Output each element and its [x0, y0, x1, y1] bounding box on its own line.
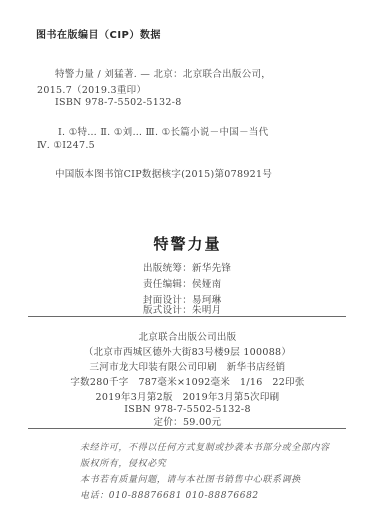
divider-bottom	[28, 428, 346, 429]
notice-quality-issues: 本书若有质量问题，请与本社图书销售中心联系调换	[80, 472, 301, 485]
cip-date-line: 2015.7（2019.3重印）	[37, 82, 146, 96]
credit-responsible-editor: 责任编辑：侯娅南	[143, 276, 221, 290]
credit-value: 新华先锋	[192, 263, 231, 274]
credit-value: 朱明月	[192, 305, 221, 316]
credit-value: 侯娅南	[192, 279, 221, 290]
cip-classification-number: Ⅳ. ①I247.5	[37, 140, 95, 151]
divider-top	[28, 316, 346, 317]
price-line: 定价：59.00元	[0, 414, 375, 428]
cip-classification-line: Ⅰ. ①特… Ⅱ. ①刘… Ⅲ. ①长篇小说－中国－当代	[58, 124, 268, 138]
credit-layout-design: 版式设计：朱明月	[143, 302, 221, 316]
credit-publishing-coordinator: 出版统筹：新华先锋	[143, 260, 231, 274]
cip-title-line: 特警力量 / 刘猛著. — 北京：北京联合出版公司，	[55, 66, 271, 80]
edition-line: 2019年3月第2版 2019年3月第5次印刷	[0, 389, 375, 403]
publisher-line: 北京联合出版公司出版	[0, 329, 375, 343]
specs-line: 字数280千字 787毫米×1092毫米 1/16 22印张	[0, 374, 375, 388]
notice-rights-reserved: 版权所有，侵权必究	[80, 456, 166, 469]
printer-line: 三河市龙大印装有限公司印刷 新华书店经销	[0, 359, 375, 373]
publisher-address: （北京市西城区德外大街83号楼9层 100088）	[0, 344, 375, 358]
notice-no-copying: 未经许可，不得以任何方式复制或抄袭本书部分或全部内容	[80, 440, 330, 453]
cip-isbn-line: ISBN 978-7-5502-5132-8	[55, 97, 182, 108]
cip-heading: 图书在版编目（CIP）数据	[36, 26, 161, 41]
credit-label: 责任编辑：	[143, 279, 192, 290]
book-title: 特警力量	[0, 233, 375, 254]
credit-label: 出版统筹：	[143, 263, 192, 274]
cip-approval-number: 中国版本图书馆CIP数据核字(2015)第078921号	[55, 166, 272, 180]
credit-label: 版式设计：	[143, 305, 192, 316]
notice-phone: 电话：010-88876681 010-88876682	[80, 488, 259, 501]
